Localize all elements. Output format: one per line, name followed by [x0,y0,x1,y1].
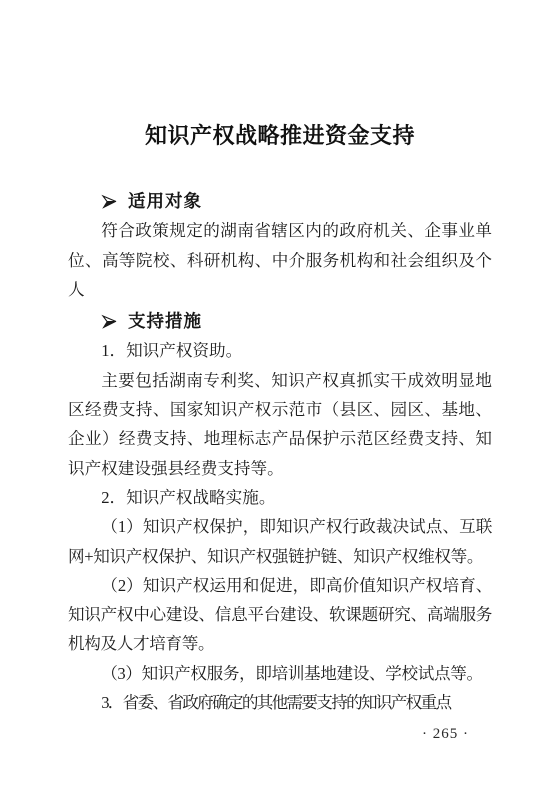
section-heading-label: 支持措施 [128,307,202,336]
arrowhead-bullet-icon [101,193,118,210]
document-page: 知识产权战略推进资金支持 适用对象 符合政策规定的湖南省辖区内的政府机关、企事业… [0,0,559,793]
measures-item-2: 2．知识产权战略实施。 [68,483,492,512]
section-heading-applicable: 适用对象 [68,187,492,216]
page-number: · 265 · [422,724,469,744]
section-heading-measures: 支持措施 [68,307,492,336]
measures-item-2-sub-1: （1）知识产权保护，即知识产权行政裁决试点、互联网+知识产权保护、知识产权强链护… [68,512,492,571]
page-number-value: 265 [428,726,463,742]
measures-item-2-sub-2: （2）知识产权运用和促进，即高价值知识产权培育、知识产权中心建设、信息平台建设、… [68,571,492,659]
measures-item-1: 1．知识产权资助。 [68,336,492,365]
page-title: 知识产权战略推进资金支持 [68,120,492,152]
measures-item-1-detail: 主要包括湖南专利奖、知识产权真抓实干成效明显地区经费支持、国家知识产权示范市（县… [68,366,492,483]
measures-item-2-sub-3: （3）知识产权服务，即培训基地建设、学校试点等。 [68,659,492,688]
page-number-right-dot: · [463,726,469,742]
measures-item-3-partial: 3．省委、省政府确定的其他需要支持的知识产权重点 [68,688,492,717]
arrowhead-bullet-icon [101,313,118,330]
applicable-paragraph: 符合政策规定的湖南省辖区内的政府机关、企事业单位、高等院校、科研机构、中介服务机… [68,216,492,304]
page-content: 知识产权战略推进资金支持 适用对象 符合政策规定的湖南省辖区内的政府机关、企事业… [68,0,492,717]
section-heading-label: 适用对象 [128,187,202,216]
